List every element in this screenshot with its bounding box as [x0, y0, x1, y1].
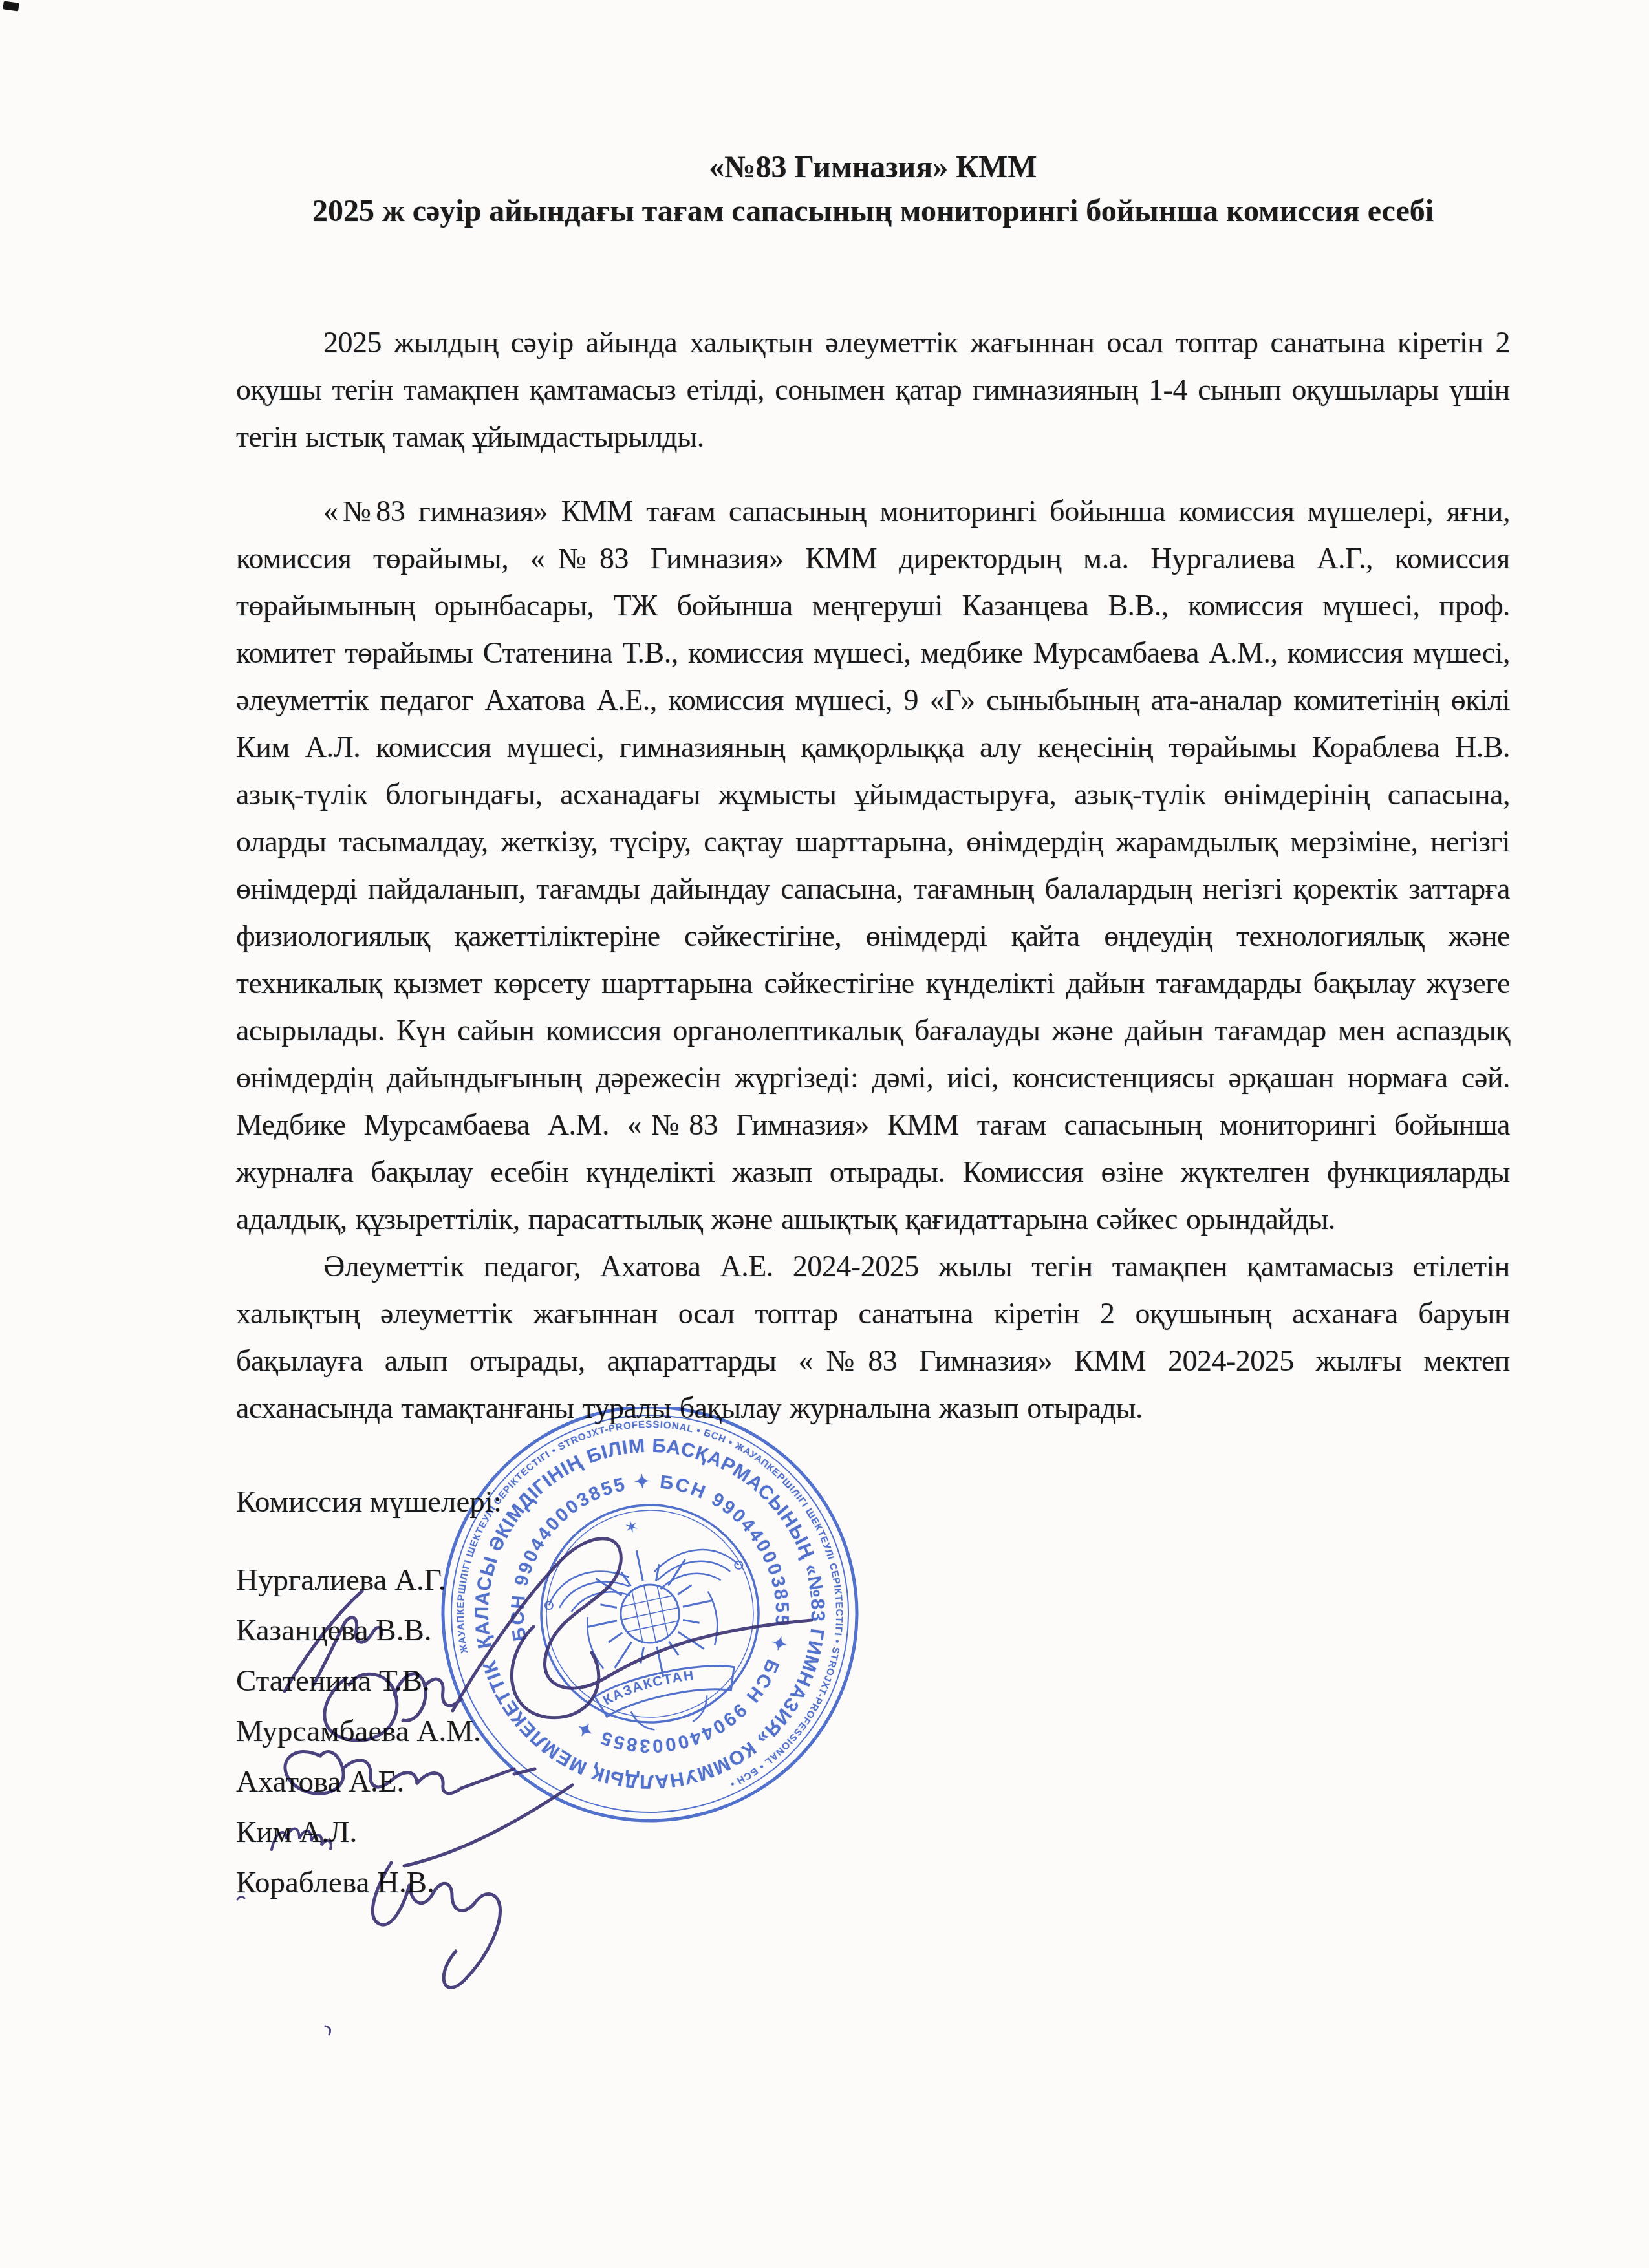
member-name-statenina: Статенина Т.В. [236, 1656, 1510, 1706]
commission-members-label: Комиссия мүшелері: [236, 1484, 1510, 1519]
member-name-kazantseva: Казанцева В.В. [236, 1605, 1510, 1656]
document-title: «№83 Гимназия» КММ 2025 ж сәуір айындағы… [236, 145, 1510, 233]
member-name-mursambaeva: Мурсамбаева А.М. [236, 1706, 1510, 1757]
ink-speck-marks [237, 1896, 330, 2035]
paragraph-commission-monitoring: «№83 гимназия» КММ тағам сапасының монит… [236, 487, 1510, 1243]
member-name-korableva: Кораблева Н.В. [236, 1857, 1510, 1908]
emblem-star-icon: ✶ [623, 1517, 640, 1538]
scanned-report-page: { "document": { "title_line1": "«№83 Гим… [0, 0, 1649, 2268]
member-name-akhatova: Ахатова А.Е. [236, 1757, 1510, 1807]
member-name-nurgalieva: Нургалиева А.Г. [236, 1555, 1510, 1605]
title-line-org: «№83 Гимназия» КММ [236, 145, 1510, 189]
document-body: «№83 Гимназия» КММ 2025 ж сәуір айындағы… [236, 0, 1510, 1908]
members-list: Нургалиева А.Г. Казанцева В.В. Статенина… [236, 1555, 1510, 1908]
paragraph-social-pedagog: Әлеуметтік педагог, Ахатова А.Е. 2024-20… [236, 1243, 1510, 1431]
title-line-subject: 2025 ж сәуір айындағы тағам сапасының мо… [236, 189, 1510, 233]
paragraph-free-meals: 2025 жылдың сәуір айында халықтын әлеуме… [236, 319, 1510, 460]
signature-section: Комиссия мүшелері: Нургалиева А.Г. Казан… [236, 1484, 1510, 1908]
scan-artifact-speck [3, 1, 19, 11]
member-name-kim: Ким А.Л. [236, 1807, 1510, 1857]
